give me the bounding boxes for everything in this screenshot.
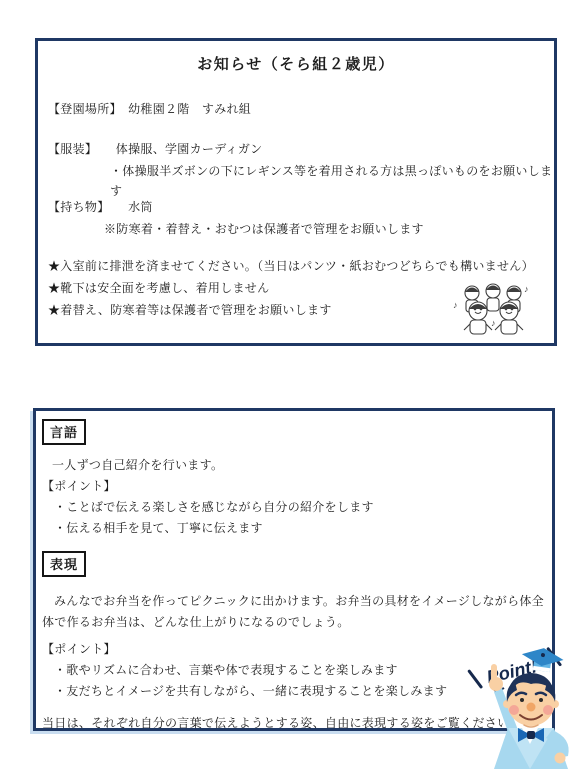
star-note: ★入室前に排泄を済ませてください。（当日はパンツ・紙おむつどちらでも構いません） bbox=[48, 255, 534, 277]
place-line: 【登園場所】 幼稚園２階 すみれ組 bbox=[48, 99, 251, 119]
music-note-icon: ♪ bbox=[453, 300, 458, 310]
expression-point: ・友だちとイメージを共有しながら、一緒に表現することを楽しみます bbox=[54, 681, 447, 701]
clothes-line: 【服装】 体操服、学園カーディガン bbox=[48, 139, 262, 159]
expression-intro: みんなでお弁当を作ってピクニックに出かけます。お弁当の具材をイメージしながら体全… bbox=[42, 591, 552, 633]
notice-page: { "colors": { "border_navy": "#1f3864", … bbox=[0, 0, 587, 769]
expression-point: ・歌やリズムに合わせ、言葉や体で表現することを楽しみます bbox=[54, 660, 398, 680]
language-intro: 一人ずつ自己紹介を行います。 bbox=[52, 455, 223, 475]
items-note: ※防寒着・着替え・おむつは保護者で管理をお願いします bbox=[104, 219, 424, 239]
section-label-expression: 表現 bbox=[42, 551, 86, 577]
notice-box: お知らせ（そら組２歳児） 【登園場所】 幼稚園２階 すみれ組 【服装】 体操服、… bbox=[35, 38, 557, 346]
language-point: ・伝える相手を見て、丁寧に伝えます bbox=[54, 518, 263, 538]
language-point: ・ことばで伝える楽しさを感じながら自分の紹介をします bbox=[54, 497, 374, 517]
point-heading: 【ポイント】 bbox=[42, 476, 116, 496]
children-singing-icon: ♪ ♪ ♪ bbox=[452, 280, 534, 338]
page-title: お知らせ（そら組２歳児） bbox=[38, 53, 554, 74]
section-label-language: 言語 bbox=[42, 419, 86, 445]
pointing-teacher-icon: Point! bbox=[450, 640, 587, 769]
star-note: ★靴下は安全面を考慮し、着用しません bbox=[48, 277, 269, 299]
items-line: 【持ち物】 水筒 bbox=[48, 197, 153, 217]
clothes-note: ・体操服半ズボンの下にレギンス等を着用される方は黒っぽいものをお願いします bbox=[110, 161, 554, 201]
music-note-icon: ♪ bbox=[491, 318, 496, 328]
music-note-icon: ♪ bbox=[524, 284, 529, 294]
star-note: ★着替え、防寒着等は保護者で管理をお願いします bbox=[48, 299, 332, 321]
point-heading: 【ポイント】 bbox=[42, 639, 116, 659]
